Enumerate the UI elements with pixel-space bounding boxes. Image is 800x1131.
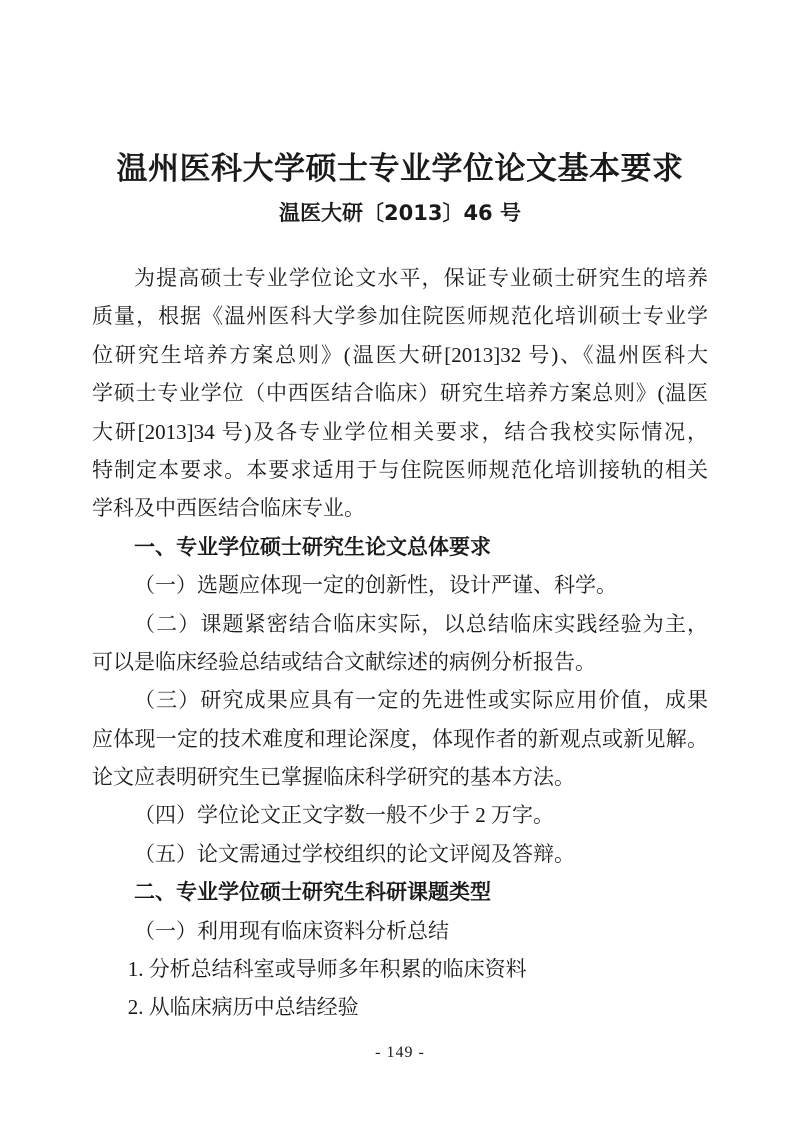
text-line: 2. 从临床病历中总结经验	[92, 988, 708, 1026]
text-line: 位研究生培养方案总则》(温医大研[2013]32 号)、《温州医科大	[92, 336, 708, 374]
text-line: （一）选题应体现一定的创新性，设计严谨、科学。	[92, 566, 708, 604]
section-heading: 二、专业学位硕士研究生科研课题类型	[92, 873, 708, 911]
section-heading: 一、专业学位硕士研究生论文总体要求	[92, 528, 708, 566]
text-line: 质量，根据《温州医科大学参加住院医师规范化培训硕士专业学	[92, 297, 708, 335]
document-title: 温州医科大学硕士专业学位论文基本要求	[92, 143, 708, 188]
document-page: 温州医科大学硕士专业学位论文基本要求 温医大研〔2013〕46 号 为提高硕士专…	[0, 0, 800, 1131]
text-line: 大研[2013]34 号)及各专业学位相关要求，结合我校实际情况，	[92, 413, 708, 451]
text-line: （四）学位论文正文字数一般不少于 2 万字。	[92, 796, 708, 834]
text-line: 学硕士专业学位（中西医结合临床）研究生培养方案总则》(温医	[92, 374, 708, 412]
page-number: - 149 -	[0, 1044, 800, 1062]
text-line: 论文应表明研究生已掌握临床科学研究的基本方法。	[92, 758, 708, 796]
text-line: 应体现一定的技术难度和理论深度，体现作者的新观点或新见解。	[92, 720, 708, 758]
text-line: （一）利用现有临床资料分析总结	[92, 912, 708, 950]
text-line: （五）论文需通过学校组织的论文评阅及答辩。	[92, 835, 708, 873]
document-number: 温医大研〔2013〕46 号	[92, 197, 708, 227]
text-line: 学科及中西医结合临床专业。	[92, 489, 708, 527]
text-line: 特制定本要求。本要求适用于与住院医师规范化培训接轨的相关	[92, 451, 708, 489]
text-line: 可以是临床经验总结或结合文献综述的病例分析报告。	[92, 643, 708, 681]
text-line: 为提高硕士专业学位论文水平，保证专业硕士研究生的培养	[92, 259, 708, 297]
text-line: （二）课题紧密结合临床实际，以总结临床实践经验为主，	[92, 605, 708, 643]
document-body: 为提高硕士专业学位论文水平，保证专业硕士研究生的培养质量，根据《温州医科大学参加…	[92, 259, 708, 1027]
text-line: （三）研究成果应具有一定的先进性或实际应用价值，成果	[92, 681, 708, 719]
text-line: 1. 分析总结科室或导师多年积累的临床资料	[92, 950, 708, 988]
